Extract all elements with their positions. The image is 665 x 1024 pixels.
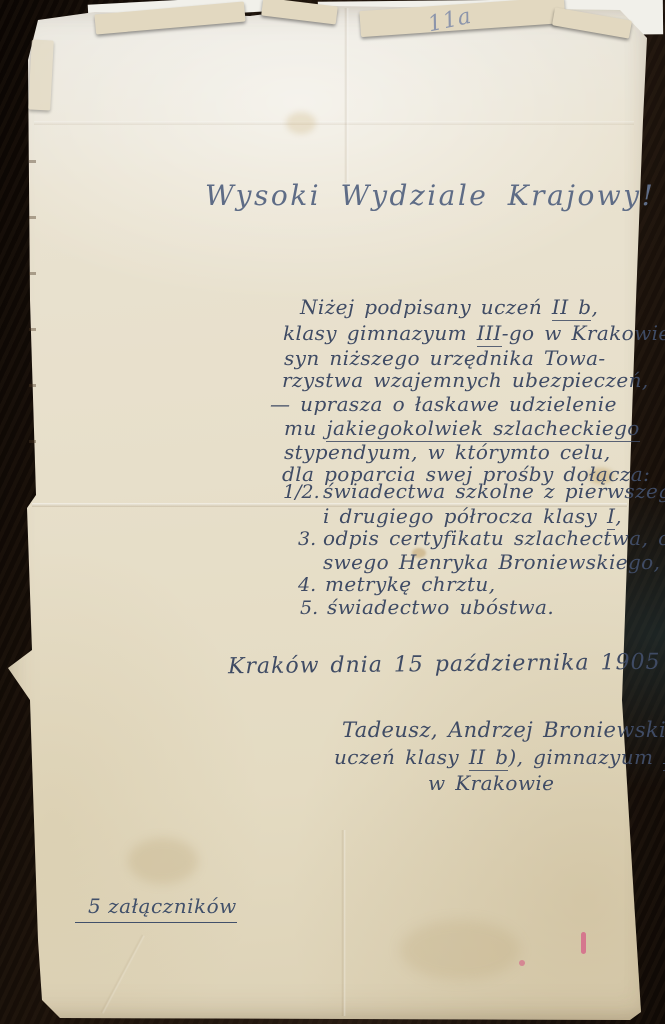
dateline: Kraków dnia 15 października 1905 <box>228 650 661 680</box>
body-line-6: mu jakiegokolwiek szlacheckiego <box>284 417 640 440</box>
list-item-1-line-1: świadectwa szkolne z pierwszego <box>323 480 665 503</box>
photograph-background: 11a Wysoki Wydziale Krajowy! Niżej podpi… <box>0 0 665 1024</box>
list-item-1-line-2-text: i drugiego półrocza klasy <box>323 504 607 528</box>
list-item-1-number: 1/2. <box>283 481 320 503</box>
list-item-3-line-1: metrykę chrztu, <box>325 573 495 596</box>
list-item-2-number: 3. <box>298 528 316 550</box>
signature-name: Tadeusz, Andrzej Broniewski <box>342 718 665 742</box>
body-line-1-tail: , <box>591 295 598 319</box>
pink-ink-mark <box>581 932 586 954</box>
signature-role-underlined-class: II b <box>469 745 509 771</box>
body-line-1-text: Niżej podpisany uczeń <box>300 295 552 319</box>
body-line-2: klasy gimnazyum III-go w Krakowie, <box>283 322 665 345</box>
body-line-1-underlined: II b <box>552 295 592 321</box>
body-line-7: stypendyum, w którymto celu, <box>284 441 611 464</box>
paper-stain <box>286 112 316 134</box>
fold-crease-top <box>34 121 634 125</box>
list-item-2-line-1: odpis certyfikatu szlachectwa, ojca <box>323 527 665 550</box>
list-item-4-line-1: świadectwo ubóstwa. <box>327 596 554 619</box>
list-item-1-line-2-tail: , <box>615 504 622 528</box>
document-salutation: Wysoki Wydziale Krajowy! <box>205 180 655 212</box>
body-line-1: Niżej podpisany uczeń II b, <box>300 296 598 319</box>
body-line-2-text: klasy gimnazyum <box>283 321 477 345</box>
torn-paper-tab <box>28 39 54 110</box>
attachments-note-text: 5 załączników <box>88 894 237 918</box>
signature-role-text: uczeń klasy <box>334 745 469 769</box>
body-line-6-underlined: jakiegokolwiek szlacheckiego <box>326 416 639 442</box>
signature-role: uczeń klasy II b), gimnazyum III <box>334 746 665 769</box>
list-item-4-number: 5. <box>300 597 318 619</box>
pink-ink-dot <box>519 960 525 966</box>
body-line-6-text: mu <box>284 416 326 440</box>
list-item-2-line-2: swego Henryka Broniewskiego, <box>323 551 660 574</box>
signature-place: w Krakowie <box>428 772 554 795</box>
list-item-3-number: 4. <box>298 574 316 596</box>
list-item-1-line-2: i drugiego półrocza klasy I, <box>323 505 622 528</box>
body-line-2-underlined: III <box>477 321 502 347</box>
fold-crease-vertical-top <box>344 8 349 183</box>
attachments-note: 5 załączników <box>75 894 237 923</box>
paper-stain <box>400 920 520 980</box>
fold-crease-vertical-bottom <box>341 830 346 1016</box>
body-line-3: syn niższego urzędnika Towa- <box>284 347 606 370</box>
signature-role-mid: ), gimnazyum <box>508 745 663 769</box>
paper-stain <box>128 838 198 884</box>
body-line-2-tail: -go w Krakowie, <box>502 321 665 345</box>
body-line-5: — uprasza o łaskawe udzielenie <box>270 393 617 416</box>
body-line-4: rzystwa wzajemnych ubezpieczeń, <box>282 369 649 392</box>
stitched-edge-marks <box>29 160 36 490</box>
